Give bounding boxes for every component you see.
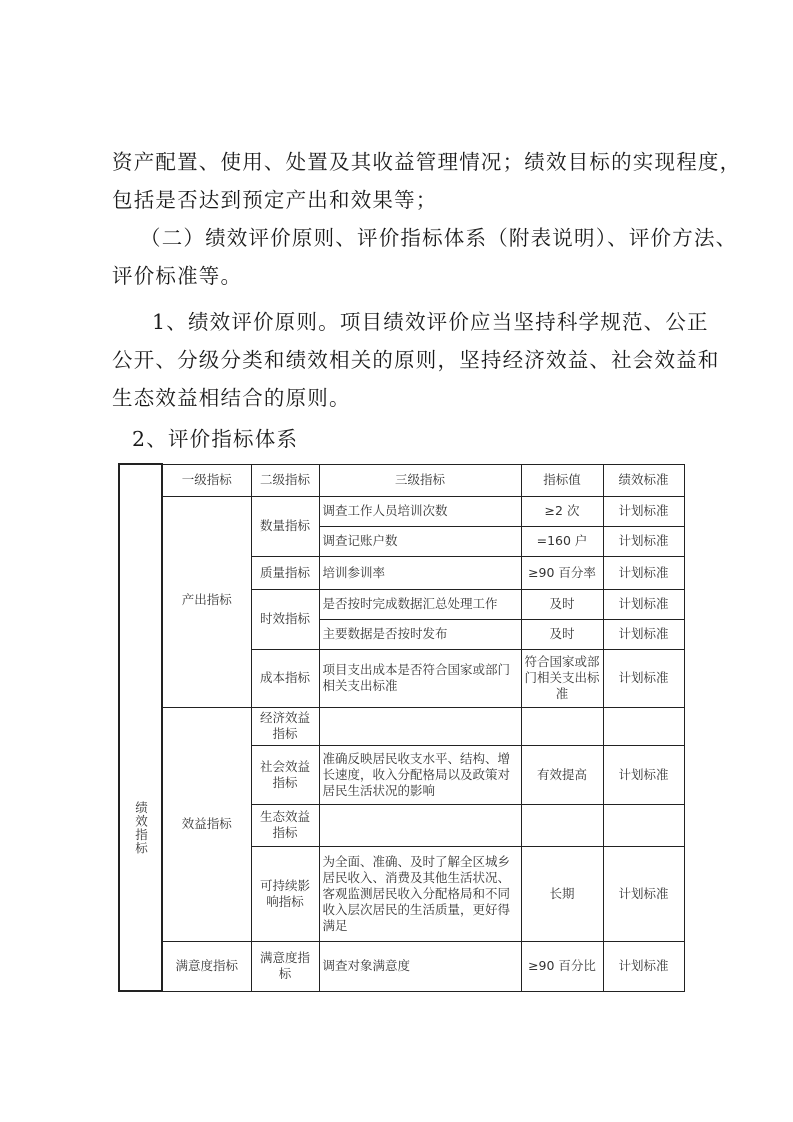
level2-cell: 质量指标 [251, 556, 319, 589]
group-label: 效益指标 [182, 816, 232, 831]
header-value: 指标值 [521, 464, 603, 496]
header-standard: 绩效标准 [603, 464, 684, 496]
level3-cell: 项目支出成本是否符合国家或部门相关支出标准 [319, 649, 521, 707]
level3-cell: 准确反映居民收支水平、结构、增长速度，收入分配格局以及政策对居民生活状况的影响 [319, 745, 521, 804]
table-row: 产出指标 数量指标 调查工作人员培训次数 ≥2 次 计划标准 [119, 496, 684, 526]
level3-cell [319, 804, 521, 846]
text-line: 生态效益相结合的原则。 [112, 379, 692, 417]
text-line: 资产配置、使用、处置及其收益管理情况；绩效目标的实现程度， [112, 143, 692, 181]
level3-cell: 培训参训率 [319, 556, 521, 589]
level3-cell: 调查记账户数 [319, 526, 521, 556]
value-cell: ≥90 百分比 [521, 941, 603, 991]
level2-cell: 可持续影响指标 [251, 846, 319, 941]
side-label-cell: 绩效指标 [119, 464, 162, 991]
table-row: 满意度指标 满意度指标 调查对象满意度 ≥90 百分比 计划标准 [119, 941, 684, 991]
value-cell: 及时 [521, 589, 603, 619]
group-satisfaction: 满意度指标 [162, 941, 251, 991]
level3-cell: 为全面、准确、及时了解全区城乡居民收入、消费及其他生活状况、客观监测居民收入分配… [319, 846, 521, 941]
level2-cell: 社会效益指标 [251, 745, 319, 804]
text-line: 1、绩效评价原则。项目绩效评价应当坚持科学规范、公正 [112, 303, 692, 341]
group-label: 产出指标 [182, 592, 232, 607]
level3-cell: 调查工作人员培训次数 [319, 496, 521, 526]
value-cell [521, 707, 603, 745]
level2-cell: 经济效益指标 [251, 707, 319, 745]
standard-cell: 计划标准 [603, 619, 684, 649]
paragraph-asset-management: 资产配置、使用、处置及其收益管理情况；绩效目标的实现程度， 包括是否达到预定产出… [112, 143, 692, 219]
level2-cell: 时效指标 [251, 589, 319, 649]
standard-cell: 计划标准 [603, 496, 684, 526]
standard-cell: 计划标准 [603, 941, 684, 991]
paragraph-evaluation-section: （二）绩效评价原则、评价指标体系（附表说明）、评价方法、 评价标准等。 [112, 219, 692, 295]
text-line: （二）绩效评价原则、评价指标体系（附表说明）、评价方法、 [112, 219, 692, 257]
level3-cell [319, 707, 521, 745]
side-label: 绩效指标 [133, 801, 149, 855]
header-level2: 二级指标 [251, 464, 319, 496]
text-line: 包括是否达到预定产出和效果等； [112, 181, 692, 219]
indicator-table: 绩效指标 一级指标 二级指标 三级指标 指标值 绩效标准 产出指标 数量指标 调… [118, 463, 685, 992]
standard-cell: 计划标准 [603, 526, 684, 556]
header-level3: 三级指标 [319, 464, 521, 496]
value-cell: 有效提高 [521, 745, 603, 804]
standard-cell: 计划标准 [603, 589, 684, 619]
group-output: 产出指标 [162, 496, 251, 707]
value-cell: =160 户 [521, 526, 603, 556]
level2-cell: 生态效益指标 [251, 804, 319, 846]
standard-cell [603, 804, 684, 846]
level2-cell: 数量指标 [251, 496, 319, 556]
value-cell [521, 804, 603, 846]
value-cell: 及时 [521, 619, 603, 649]
level2-cell: 满意度指标 [251, 941, 319, 991]
standard-cell: 计划标准 [603, 556, 684, 589]
text-line: 2、评价指标体系 [112, 420, 692, 458]
table-header-row: 绩效指标 一级指标 二级指标 三级指标 指标值 绩效标准 [119, 464, 684, 496]
level3-cell: 调查对象满意度 [319, 941, 521, 991]
header-level1: 一级指标 [162, 464, 251, 496]
text-line: 公开、分级分类和绩效相关的原则，坚持经济效益、社会效益和 [112, 341, 692, 379]
level3-cell: 主要数据是否按时发布 [319, 619, 521, 649]
standard-cell: 计划标准 [603, 649, 684, 707]
paragraph-evaluation-principles: 1、绩效评价原则。项目绩效评价应当坚持科学规范、公正 公开、分级分类和绩效相关的… [112, 303, 692, 417]
level2-cell: 成本指标 [251, 649, 319, 707]
value-cell: 长期 [521, 846, 603, 941]
value-cell: 符合国家或部门相关支出标准 [521, 649, 603, 707]
value-cell: ≥90 百分率 [521, 556, 603, 589]
paragraph-indicator-system-heading: 2、评价指标体系 [112, 420, 692, 458]
group-benefit: 效益指标 [162, 707, 251, 941]
text-line: 评价标准等。 [112, 257, 692, 295]
standard-cell [603, 707, 684, 745]
group-label: 满意度指标 [175, 958, 238, 973]
level3-cell: 是否按时完成数据汇总处理工作 [319, 589, 521, 619]
value-cell: ≥2 次 [521, 496, 603, 526]
standard-cell: 计划标准 [603, 745, 684, 804]
standard-cell: 计划标准 [603, 846, 684, 941]
table-row: 效益指标 经济效益指标 [119, 707, 684, 745]
